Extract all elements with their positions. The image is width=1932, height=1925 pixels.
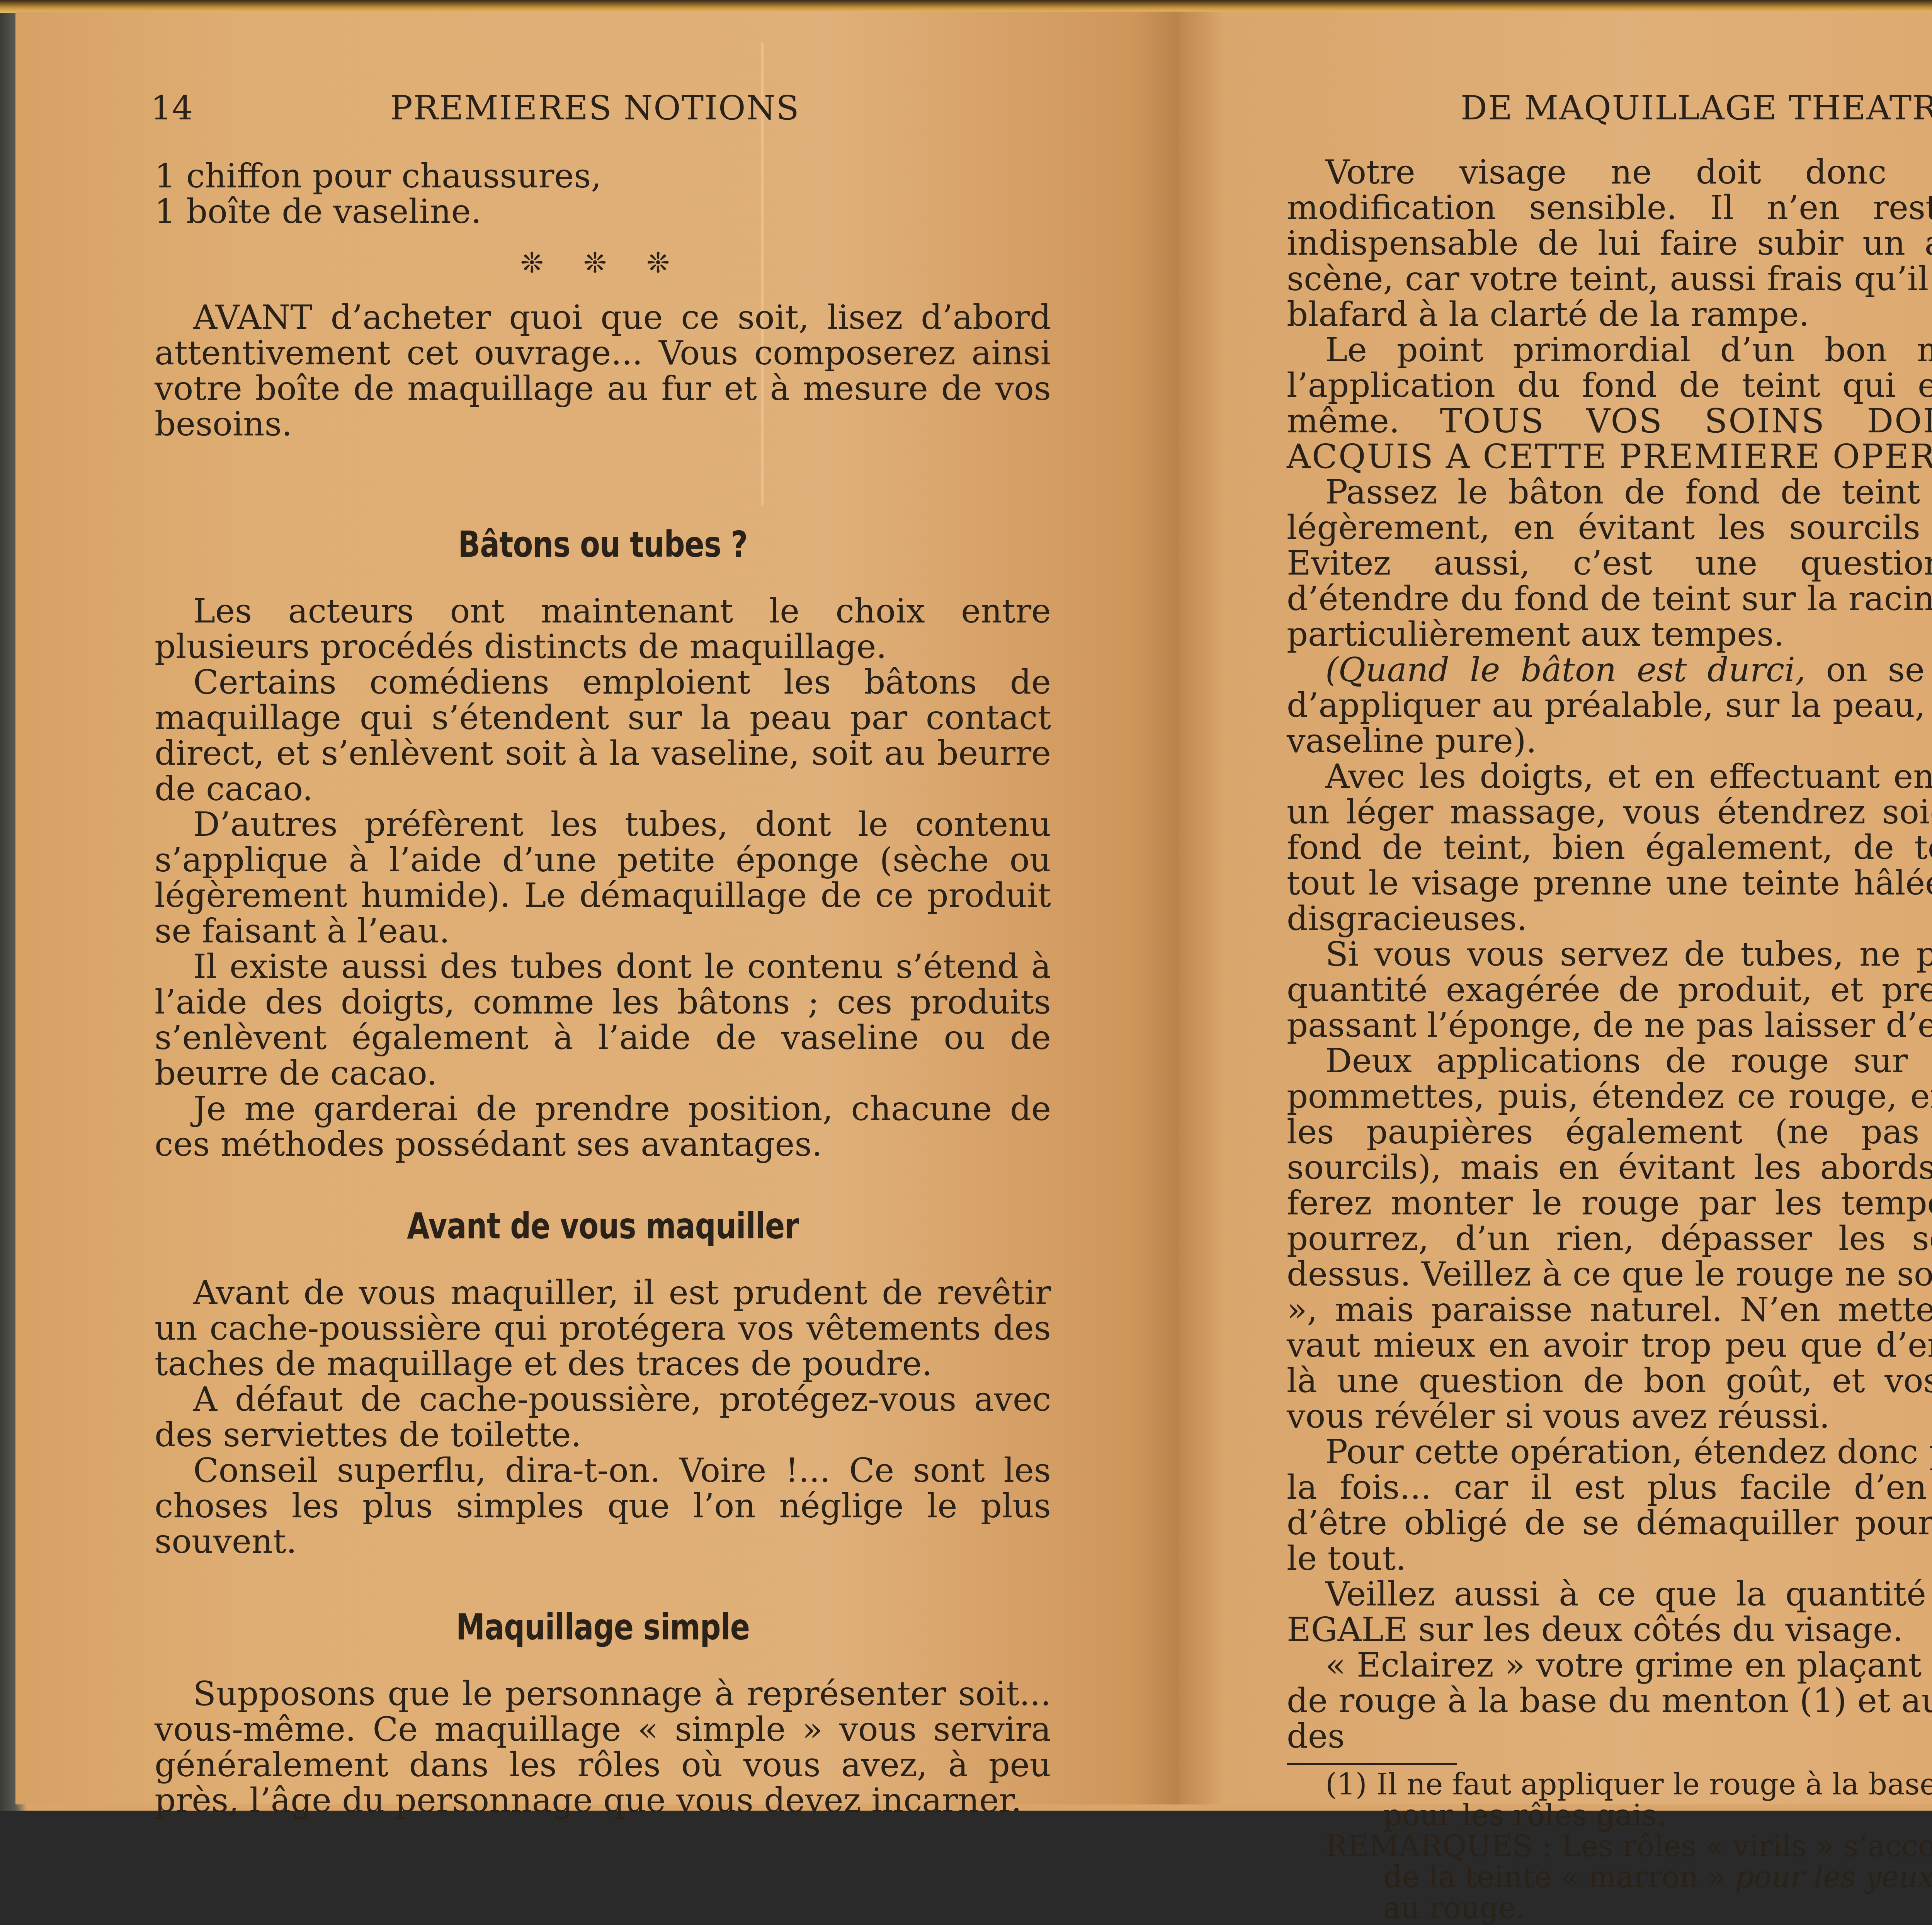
italic-phrase: (Quand le bâton est durci,: [1325, 651, 1806, 689]
paragraph: Si vous vous servez de tubes, ne prenez …: [1287, 937, 1932, 1043]
asterism-separator: ❊ ❊ ❊: [155, 245, 1051, 281]
footnote-divider: [1287, 1763, 1457, 1765]
paragraph: Votre visage ne doit donc subir aucune m…: [1287, 155, 1932, 332]
running-head-left: PREMIERES NOTIONS: [390, 89, 800, 128]
paragraph: Certains comédiens emploient les bâtons …: [155, 665, 1051, 807]
paragraph: Conseil superflu, dira-t-on. Voire !... …: [155, 1453, 1051, 1559]
right-page: DE MAQUILLAGE THEATRAL 15 Votre visage n…: [1179, 12, 1932, 1804]
running-head-right: DE MAQUILLAGE THEATRAL: [1461, 89, 1932, 128]
paragraph: A défaut de cache-poussière, protégez-vo…: [155, 1382, 1051, 1453]
paragraph: Supposons que le personnage à représente…: [155, 1676, 1051, 1811]
book-top-edge: [0, 0, 1932, 13]
footnote: (1) Il ne faut appliquer le rouge à la b…: [1287, 1769, 1932, 1811]
paragraph: (Quand le bâton est durci, on se trouver…: [1287, 652, 1932, 759]
footnote-text: pour les rôles gais.: [1287, 1800, 1932, 1811]
paragraph: Avant de vous maquiller, il est prudent …: [155, 1275, 1051, 1382]
paragraph: Veillez aussi à ce que la quantité de ro…: [1287, 1576, 1932, 1648]
right-page-body: Votre visage ne doit donc subir aucune m…: [1287, 155, 1932, 1811]
paragraph: Avec les doigts, et en effectuant en que…: [1287, 759, 1932, 937]
list-item: 1 chiffon pour chaussures,: [155, 158, 1051, 194]
paragraph: Passez le bâton de fond de teint sur le …: [1287, 474, 1932, 652]
section-heading: Maquillage simple: [235, 1610, 970, 1645]
paragraph: Il existe aussi des tubes dont le conten…: [155, 949, 1051, 1091]
section-heading: Avant de vous maquiller: [235, 1209, 970, 1244]
paragraph: Pour cette opération, étendez donc peu d…: [1287, 1434, 1932, 1576]
paragraph: « Eclairez » votre grime en plaçant une …: [1287, 1648, 1932, 1754]
section-heading: Bâtons ou tubes ?: [235, 527, 970, 563]
paragraph: Deux applications de rouge sur le dessus…: [1287, 1043, 1932, 1434]
list-item: 1 boîte de vaseline.: [155, 194, 1051, 230]
page-number-left: 14: [151, 89, 193, 128]
footnote-text: (1) Il ne faut appliquer le rouge à la b…: [1325, 1767, 1932, 1801]
paragraph: Le point primordial d’un bon maquillage …: [1287, 332, 1932, 474]
book-spread: 14 PREMIERES NOTIONS 1 chiffon pour chau…: [0, 0, 1932, 1811]
paragraph: Je me garderai de prendre position, chac…: [155, 1091, 1051, 1162]
paragraph: Les acteurs ont maintenant le choix entr…: [155, 593, 1051, 665]
paragraph: D’autres préfèrent les tubes, dont le co…: [155, 807, 1051, 949]
left-page-body: 1 chiffon pour chaussures, 1 boîte de va…: [155, 158, 1051, 1811]
intro-paragraph: AVANT d’acheter quoi que ce soit, lisez …: [155, 300, 1051, 442]
left-page: 14 PREMIERES NOTIONS 1 chiffon pour chau…: [15, 12, 1179, 1804]
